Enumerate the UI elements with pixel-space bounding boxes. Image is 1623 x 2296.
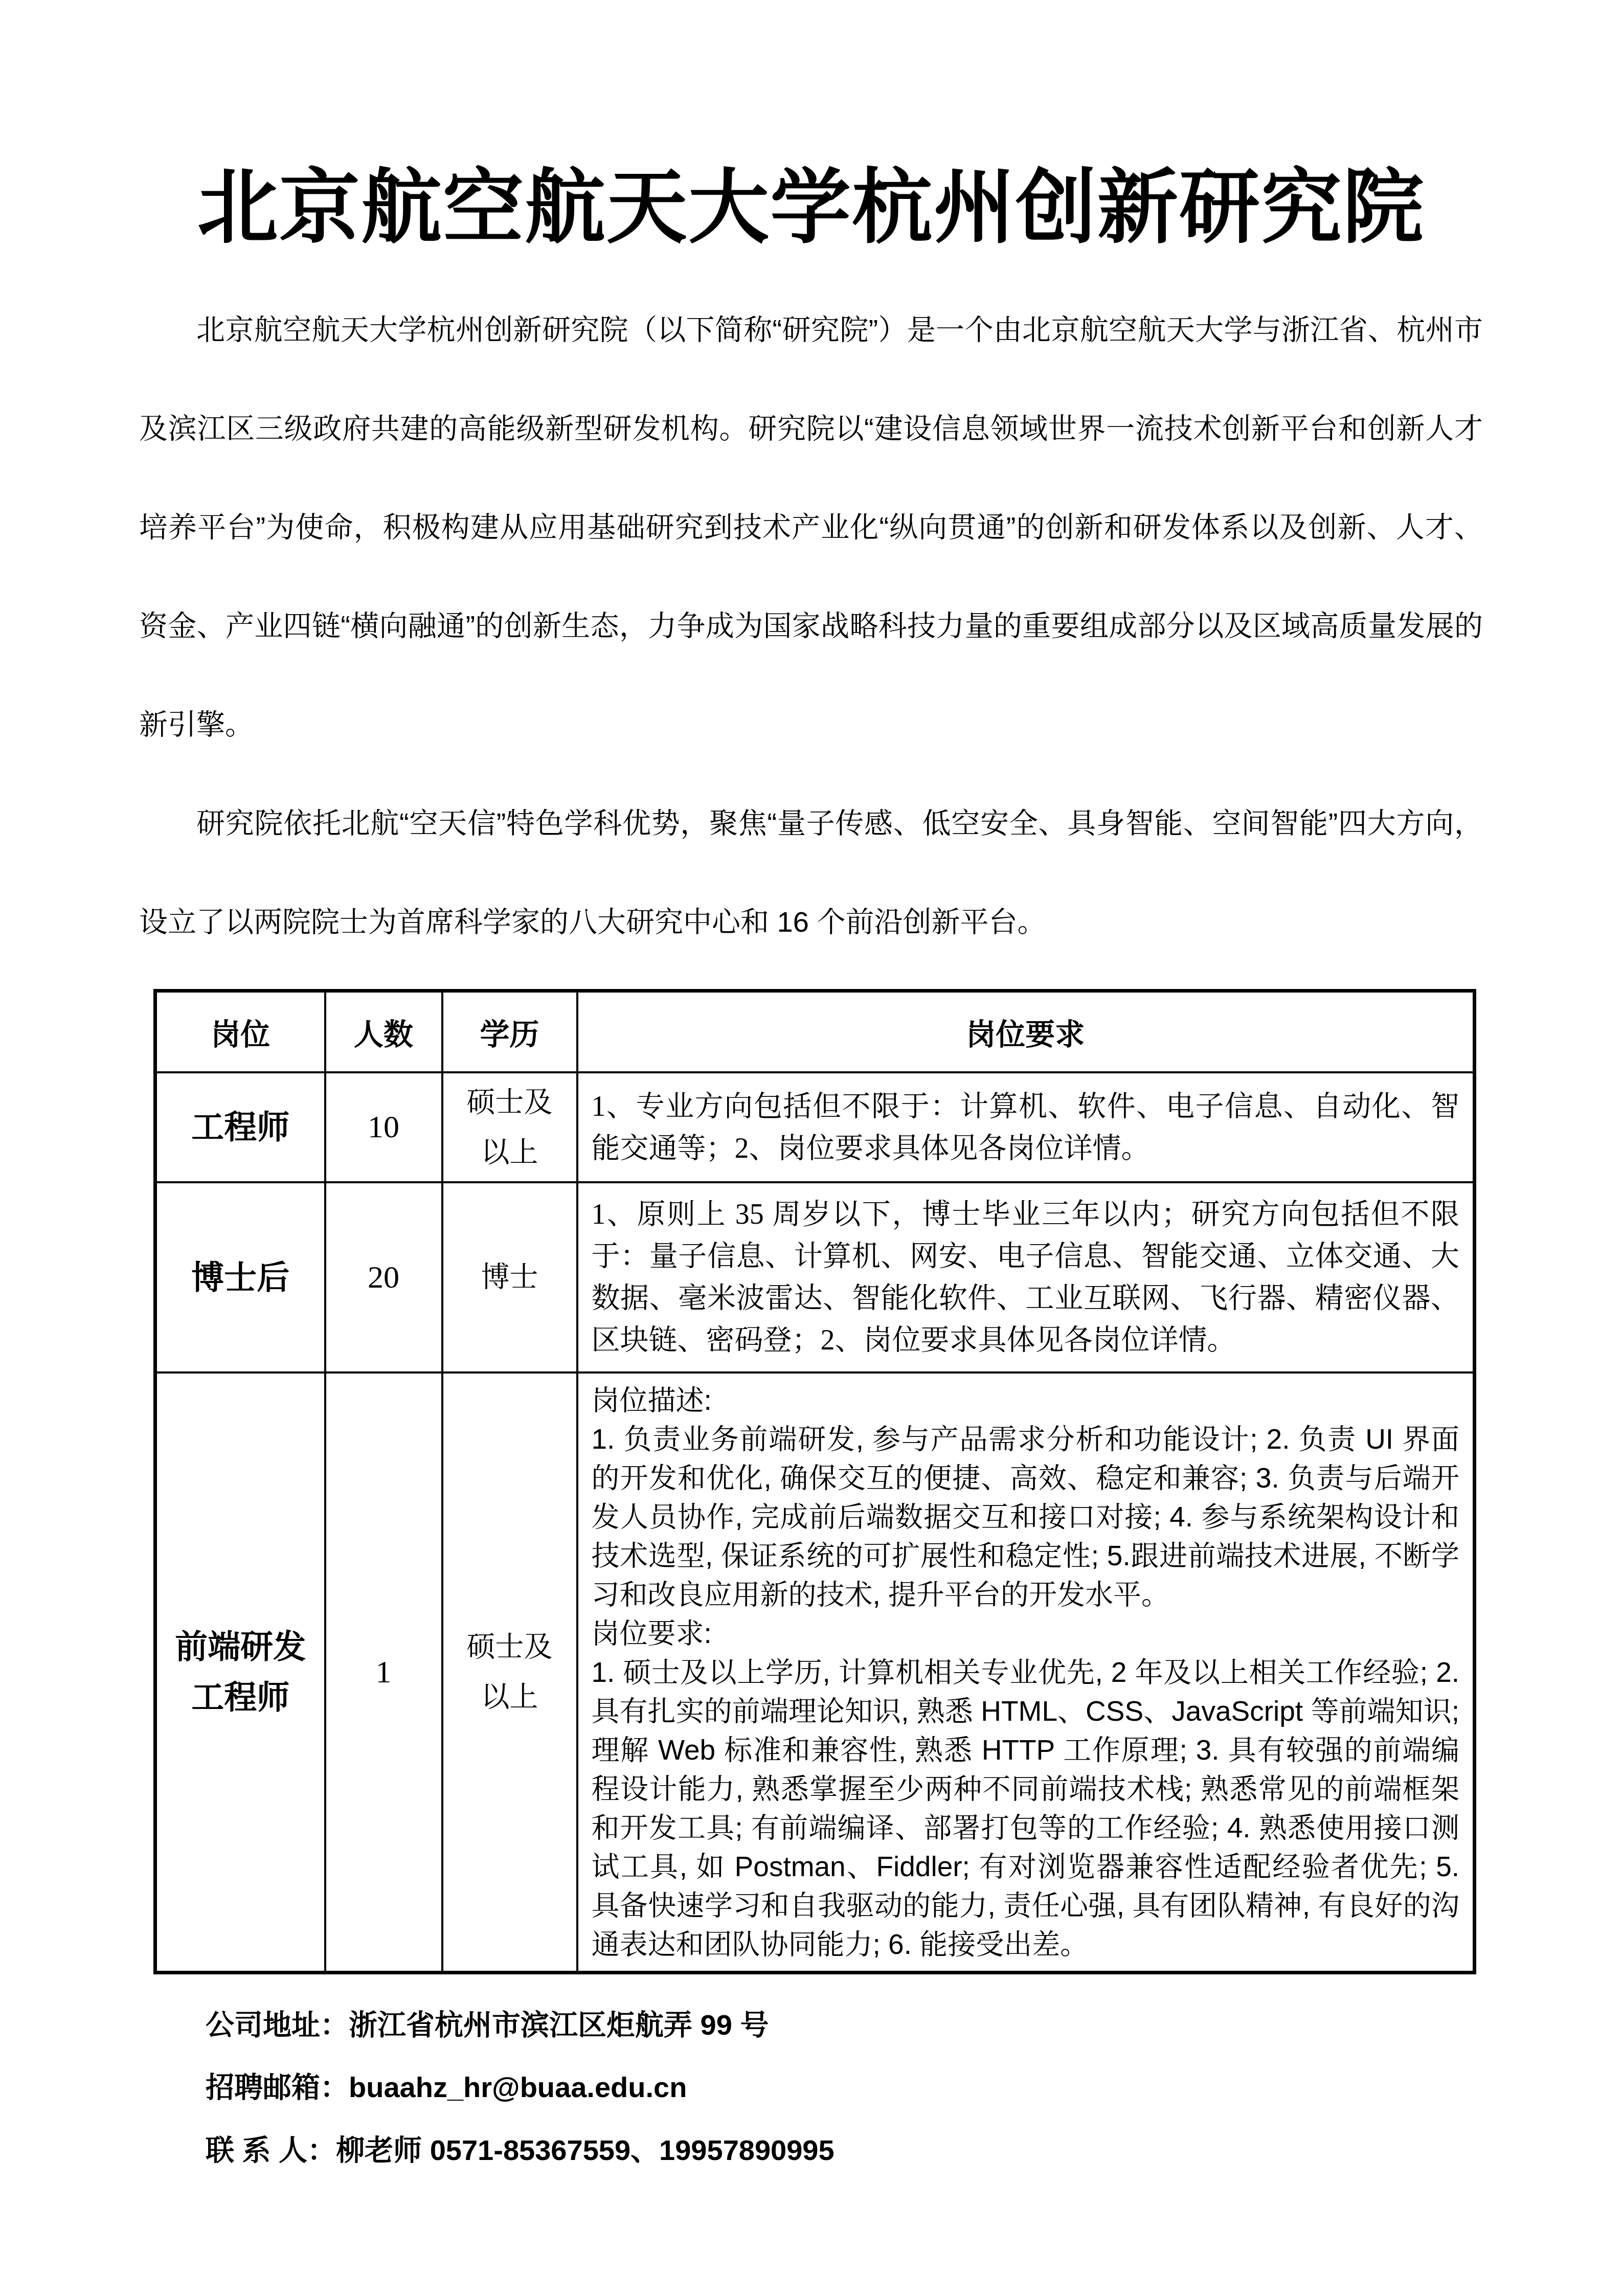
job-requirements-text: 1. 硕士及以上学历, 计算机相关专业优先, 2 年及以上相关工作经验; 2. … (592, 1653, 1460, 1964)
headcount-cell: 10 (325, 1072, 442, 1182)
column-header-requirements: 岗位要求 (577, 991, 1475, 1072)
recruit-email-value: buaahz_hr@buaa.edu.cn (349, 2071, 687, 2103)
headcount-cell: 1 (325, 1372, 442, 1973)
company-address-line: 公司地址：浙江省杭州市滨江区炬航弄 99 号 (206, 2008, 1483, 2042)
requirement-text: 1、原则上 35 周岁以下，博士毕业三年以内；研究方向包括但不限于：量子信息、计… (592, 1194, 1460, 1361)
requirement-text: 1、专业方向包括但不限于：计算机、软件、电子信息、自动化、智能交通等；2、岗位要… (592, 1086, 1460, 1169)
contact-person-label: 联 系 人： (206, 2134, 336, 2166)
headcount-cell: 20 (325, 1182, 442, 1372)
table-row-engineer: 工程师 10 硕士及以上 1、专业方向包括但不限于：计算机、软件、电子信息、自动… (155, 1072, 1475, 1182)
page-title: 北京航空航天大学杭州创新研究院 (139, 159, 1483, 257)
intro-section: 北京航空航天大学杭州创新研究院（以下简称“研究院”）是一个由北京航空航天大学与浙… (139, 280, 1483, 971)
recruit-email-label: 招聘邮箱： (206, 2071, 349, 2103)
intro-paragraph-1: 北京航空航天大学杭州创新研究院（以下简称“研究院”）是一个由北京航空航天大学与浙… (139, 280, 1483, 774)
education-cell: 硕士及以上 (442, 1372, 577, 1973)
table-row-postdoc: 博士后 20 博士 1、原则上 35 周岁以下，博士毕业三年以内；研究方向包括但… (155, 1182, 1475, 1372)
job-description-heading: 岗位描述: (592, 1381, 1460, 1420)
recruit-email-line: 招聘邮箱：buaahz_hr@buaa.edu.cn (206, 2070, 1483, 2104)
position-cell: 博士后 (155, 1182, 325, 1372)
contact-footer: 公司地址：浙江省杭州市滨江区炬航弄 99 号 招聘邮箱：buaahz_hr@bu… (206, 2008, 1483, 2167)
contact-person-value: 柳老师 0571-85367559、19957890995 (336, 2134, 835, 2166)
intro-paragraph-2: 研究院依托北航“空天信”特色学科优势，聚焦“量子传感、低空安全、具身智能、空间智… (139, 774, 1483, 971)
positions-table: 岗位 人数 学历 岗位要求 工程师 10 硕士及以上 1、专业方向包括但不限于：… (153, 989, 1476, 1975)
company-address-label: 公司地址： (206, 2009, 349, 2041)
position-cell: 工程师 (155, 1072, 325, 1182)
requirements-cell: 岗位描述: 1. 负责业务前端研发, 参与产品需求分析和功能设计; 2. 负责 … (577, 1372, 1475, 1973)
contact-person-line: 联 系 人：柳老师 0571-85367559、19957890995 (206, 2133, 1483, 2167)
education-cell: 硕士及以上 (442, 1072, 577, 1182)
column-header-headcount: 人数 (325, 991, 442, 1072)
column-header-education: 学历 (442, 991, 577, 1072)
column-header-position: 岗位 (155, 991, 325, 1072)
company-address-value: 浙江省杭州市滨江区炬航弄 99 号 (349, 2009, 769, 2041)
education-cell: 博士 (442, 1182, 577, 1372)
document-page: 北京航空航天大学杭州创新研究院 北京航空航天大学杭州创新研究院（以下简称“研究院… (0, 0, 1623, 2296)
table-header-row: 岗位 人数 学历 岗位要求 (155, 991, 1475, 1072)
position-cell: 前端研发工程师 (155, 1372, 325, 1973)
requirements-cell: 1、原则上 35 周岁以下，博士毕业三年以内；研究方向包括但不限于：量子信息、计… (577, 1182, 1475, 1372)
job-description-text: 1. 负责业务前端研发, 参与产品需求分析和功能设计; 2. 负责 UI 界面的… (592, 1420, 1460, 1614)
table-row-frontend-engineer: 前端研发工程师 1 硕士及以上 岗位描述: 1. 负责业务前端研发, 参与产品需… (155, 1372, 1475, 1973)
job-requirements-heading: 岗位要求: (592, 1614, 1460, 1653)
requirements-cell: 1、专业方向包括但不限于：计算机、软件、电子信息、自动化、智能交通等；2、岗位要… (577, 1072, 1475, 1182)
